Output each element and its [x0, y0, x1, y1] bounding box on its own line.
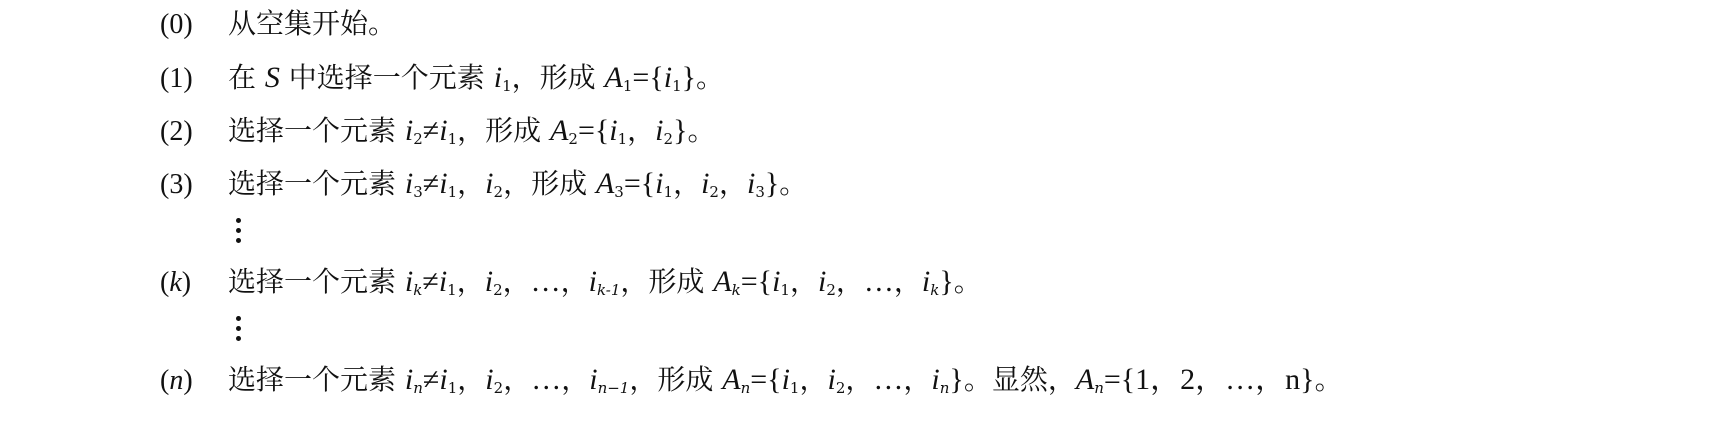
math-op: = — [750, 363, 767, 396]
subscript: k — [732, 281, 741, 299]
math-var: A — [1076, 363, 1094, 396]
math-var: i — [827, 363, 835, 396]
vertical-ellipsis-icon — [236, 218, 246, 248]
subscript: 2 — [826, 281, 836, 299]
math-var: i — [439, 114, 447, 147]
step-label: (k) — [160, 263, 228, 303]
subscript: 2 — [568, 130, 578, 148]
math-var: i — [485, 167, 493, 200]
math-var: A — [605, 61, 623, 94]
subscript: n — [940, 379, 950, 397]
text: ， — [457, 265, 485, 298]
step-label: (0) — [160, 5, 228, 45]
vertical-ellipsis-icon — [236, 316, 246, 346]
subscript: 1 — [623, 77, 633, 95]
subscript: 1 — [618, 130, 628, 148]
math-var: i — [405, 114, 413, 147]
math-var: A — [713, 265, 731, 298]
subscript: 2 — [836, 379, 846, 397]
subscript: 2 — [493, 281, 503, 299]
math-op: { — [767, 363, 781, 396]
text: 在 — [228, 61, 265, 94]
step-text: 从空集开始。 — [228, 7, 396, 40]
math-var: A — [722, 363, 740, 396]
math-op: } — [673, 114, 687, 147]
text: 。 — [1315, 363, 1343, 396]
subscript: k-1 — [597, 281, 620, 299]
text: ， — [845, 363, 873, 396]
subscript: n−1 — [598, 379, 630, 397]
math-op: { — [595, 114, 609, 147]
math-op: = — [578, 114, 595, 147]
math-op: { — [641, 167, 655, 200]
subscript: 2 — [709, 183, 719, 201]
subscript: n — [1094, 379, 1104, 397]
math-op: … — [531, 265, 561, 298]
text: ， — [503, 363, 531, 396]
text: 选择一个元素 — [228, 114, 405, 147]
math-var: i — [931, 363, 939, 396]
math-op: ≠ — [423, 167, 439, 200]
math-var: i — [922, 265, 930, 298]
math-op: … — [531, 363, 561, 396]
math-var: i — [405, 265, 413, 298]
text: ，形成 — [503, 167, 596, 200]
text: ， — [719, 167, 747, 200]
math-var: i — [589, 363, 597, 396]
subscript: 1 — [448, 130, 458, 148]
subscript: k — [413, 281, 422, 299]
math-var: i — [405, 363, 413, 396]
math-op: = — [741, 265, 758, 298]
math-op: ≠ — [423, 363, 439, 396]
text: ， — [503, 265, 531, 298]
step-0: (0)从空集开始。 — [160, 4, 396, 44]
subscript: 1 — [780, 281, 790, 299]
text: 中选择一个元素 — [280, 61, 494, 94]
step-label: (3) — [160, 165, 228, 205]
math-var: i — [609, 114, 617, 147]
step-n: (n)选择一个元素 in≠i1，i2，…，in−1，形成 An={i1，i2，…… — [160, 360, 1343, 400]
math-op: = — [632, 61, 649, 94]
subscript: n — [741, 379, 751, 397]
text: 。 — [964, 363, 992, 396]
subscript: 2 — [494, 183, 504, 201]
text: ， — [457, 167, 485, 200]
math-var: i — [405, 167, 413, 200]
math-var: i — [485, 265, 493, 298]
math-var: i — [782, 363, 790, 396]
subscript: 2 — [664, 130, 674, 148]
math-var: i — [655, 167, 663, 200]
step-label: (2) — [160, 112, 228, 152]
math-var: i — [655, 114, 663, 147]
subscript: 1 — [448, 379, 458, 397]
text: 选择一个元素 — [228, 167, 405, 200]
step-label: (1) — [160, 59, 228, 99]
math-op: } — [682, 61, 696, 94]
subscript: 3 — [413, 183, 423, 201]
math-op: } — [939, 265, 953, 298]
math-var: i — [439, 363, 447, 396]
math-var: i — [664, 61, 672, 94]
subscript: 3 — [614, 183, 624, 201]
math-op: … — [873, 363, 903, 396]
text: 。 — [954, 265, 982, 298]
text: ，形成 — [512, 61, 605, 94]
text: 。 — [779, 167, 807, 200]
text: ， — [627, 114, 655, 147]
subscript: n — [413, 379, 423, 397]
subscript: 1 — [502, 77, 512, 95]
step-label: (n) — [160, 361, 228, 401]
math-var: S — [265, 61, 280, 94]
subscript: 2 — [413, 130, 423, 148]
text: ，形成 — [620, 265, 713, 298]
subscript: 1 — [447, 281, 457, 299]
math-op: … — [864, 265, 894, 298]
text: ，形成 — [629, 363, 722, 396]
math-var: A — [550, 114, 568, 147]
subscript: 1 — [672, 77, 682, 95]
text: ， — [561, 265, 589, 298]
step-3: (3)选择一个元素 i3≠i1，i2，形成 A3={i1，i2，i3}。 — [160, 164, 807, 204]
text: ， — [790, 265, 818, 298]
text: ， — [903, 363, 931, 396]
subscript: 1 — [664, 183, 674, 201]
math-var: i — [589, 265, 597, 298]
math-var: A — [596, 167, 614, 200]
step-k: (k)选择一个元素 ik≠i1，i2，…，ik-1，形成 Ak={i1，i2，…… — [160, 262, 982, 302]
math-op: ≠ — [423, 114, 439, 147]
math-var: i — [439, 167, 447, 200]
text: ， — [561, 363, 589, 396]
text: 选择一个元素 — [228, 363, 405, 396]
subscript: 2 — [494, 379, 504, 397]
text: 显然， — [992, 363, 1076, 396]
math-var: i — [494, 61, 502, 94]
math-var: i — [485, 363, 493, 396]
text: 。 — [696, 61, 724, 94]
subscript: 1 — [448, 183, 458, 201]
math-op: { — [649, 61, 663, 94]
text: ， — [836, 265, 864, 298]
text: ， — [799, 363, 827, 396]
step-1: (1)在 S 中选择一个元素 i1，形成 A1={i1}。 — [160, 58, 724, 98]
text: ， — [894, 265, 922, 298]
text: 。 — [687, 114, 715, 147]
subscript: k — [930, 281, 939, 299]
subscript: 3 — [755, 183, 765, 201]
step-2: (2)选择一个元素 i2≠i1，形成 A2={i1，i2}。 — [160, 111, 715, 151]
text: ，形成 — [457, 114, 550, 147]
math-var: i — [439, 265, 447, 298]
text: ， — [457, 363, 485, 396]
math-op: { — [758, 265, 772, 298]
text: ， — [673, 167, 701, 200]
math-op: } — [949, 363, 963, 396]
math-op: = — [1104, 363, 1121, 396]
math-set: {1，2，…，n} — [1121, 363, 1315, 396]
math-op: } — [765, 167, 779, 200]
math-op: ≠ — [422, 265, 438, 298]
math-op: = — [624, 167, 641, 200]
text: 选择一个元素 — [228, 265, 405, 298]
